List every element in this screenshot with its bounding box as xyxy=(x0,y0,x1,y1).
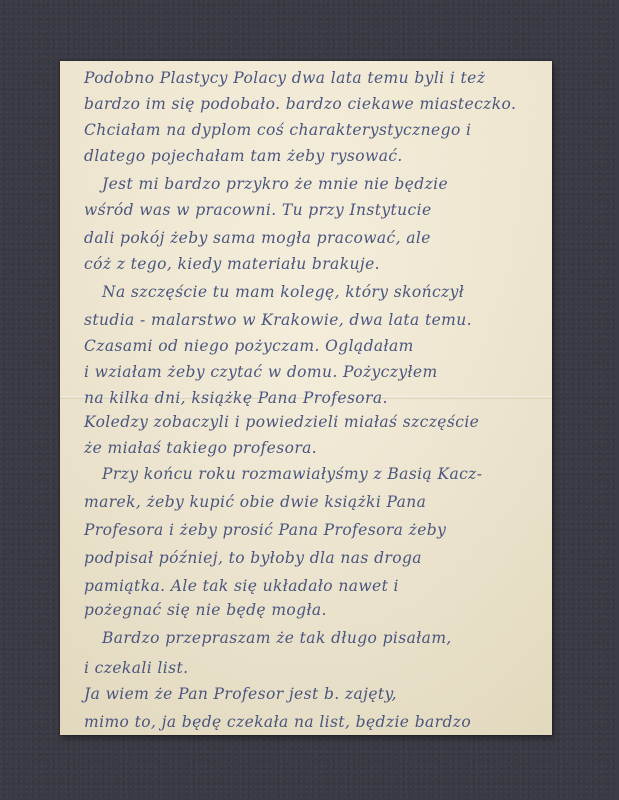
text-line: bardzo im się podobało. bardzo ciekawe m… xyxy=(84,95,516,113)
text-line: Jest mi bardzo przykro że mnie nie będzi… xyxy=(102,175,448,193)
letter-page: Podobno Plastycy Polacy dwa lata temu by… xyxy=(60,61,552,735)
text-line: studia - malarstwo w Krakowie, dwa lata … xyxy=(84,311,472,329)
text-line: pamiątka. Ale tak się układało nawet i xyxy=(84,577,399,595)
text-line: dlatego pojechałam tam żeby rysować. xyxy=(84,147,403,165)
text-line: mimo to, ja będę czekała na list, będzie… xyxy=(84,713,471,731)
text-line: cóż z tego, kiedy materiału brakuje. xyxy=(84,255,380,273)
text-line: Chciałam na dyplom coś charakterystyczne… xyxy=(84,121,471,139)
text-line: że miałaś takiego profesora. xyxy=(84,439,317,457)
text-line: Ja wiem że Pan Profesor jest b. zajęty, xyxy=(84,685,397,703)
text-line: Bardzo przepraszam że tak długo pisałam, xyxy=(102,629,452,647)
text-line: Profesora i żeby prosić Pana Profesora ż… xyxy=(84,521,446,539)
text-line: na kilka dni, książkę Pana Profesora. xyxy=(84,389,388,407)
text-line: Czasami od niego pożyczam. Oglądałam xyxy=(84,337,414,355)
text-line: i czekali list. xyxy=(84,659,188,677)
text-line: wśród was w pracowni. Tu przy Instytucie xyxy=(84,201,432,219)
text-line: Podobno Plastycy Polacy dwa lata temu by… xyxy=(84,69,485,87)
text-line: pożegnać się nie będę mogła. xyxy=(84,601,327,619)
text-line: dali pokój żeby sama mogła pracować, ale xyxy=(84,229,431,247)
text-line: Na szczęście tu mam kolegę, który skończ… xyxy=(102,283,464,301)
text-line: Koledzy zobaczyli i powiedzieli miałaś s… xyxy=(84,413,479,431)
text-line: marek, żeby kupić obie dwie książki Pana xyxy=(84,493,426,511)
text-line: i wziałam żeby czytać w domu. Pożyczyłem xyxy=(84,363,438,381)
text-line: podpisał później, to byłoby dla nas drog… xyxy=(84,549,422,567)
text-line: Przy końcu roku rozmawiałyśmy z Basią Ka… xyxy=(102,465,482,483)
